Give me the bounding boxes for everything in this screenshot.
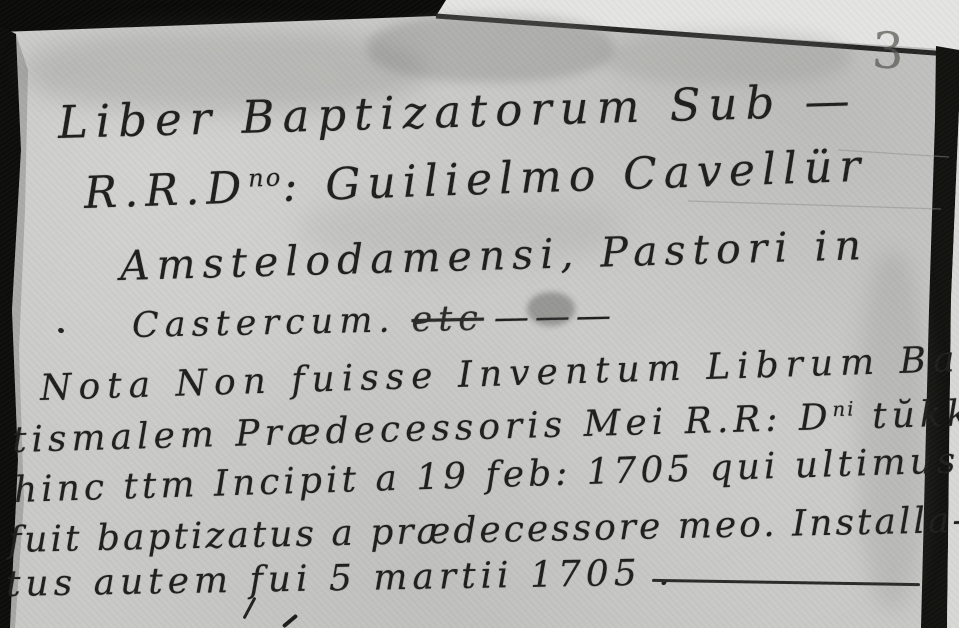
line-2-pre: R.R.D: [83, 162, 249, 219]
manuscript-page-scan: 3 Liber Baptizatorum Sub — R.R.Dno: Guil…: [0, 0, 959, 628]
backdrop-top-black-band: [0, 0, 446, 32]
line-6-superscript-abbreviation: ni: [832, 397, 856, 421]
page-number: 3: [871, 21, 905, 80]
paper-crease-line-lower: [688, 201, 941, 209]
line-6-post: tŭkke: [855, 392, 959, 437]
line-2-superscript-abbreviation: no: [248, 163, 283, 192]
line-4-trailing-dash: ———: [493, 296, 617, 339]
line-4-crossed-out-word: etc: [411, 299, 484, 341]
line-4-place-name: Castercum.: [132, 300, 396, 346]
